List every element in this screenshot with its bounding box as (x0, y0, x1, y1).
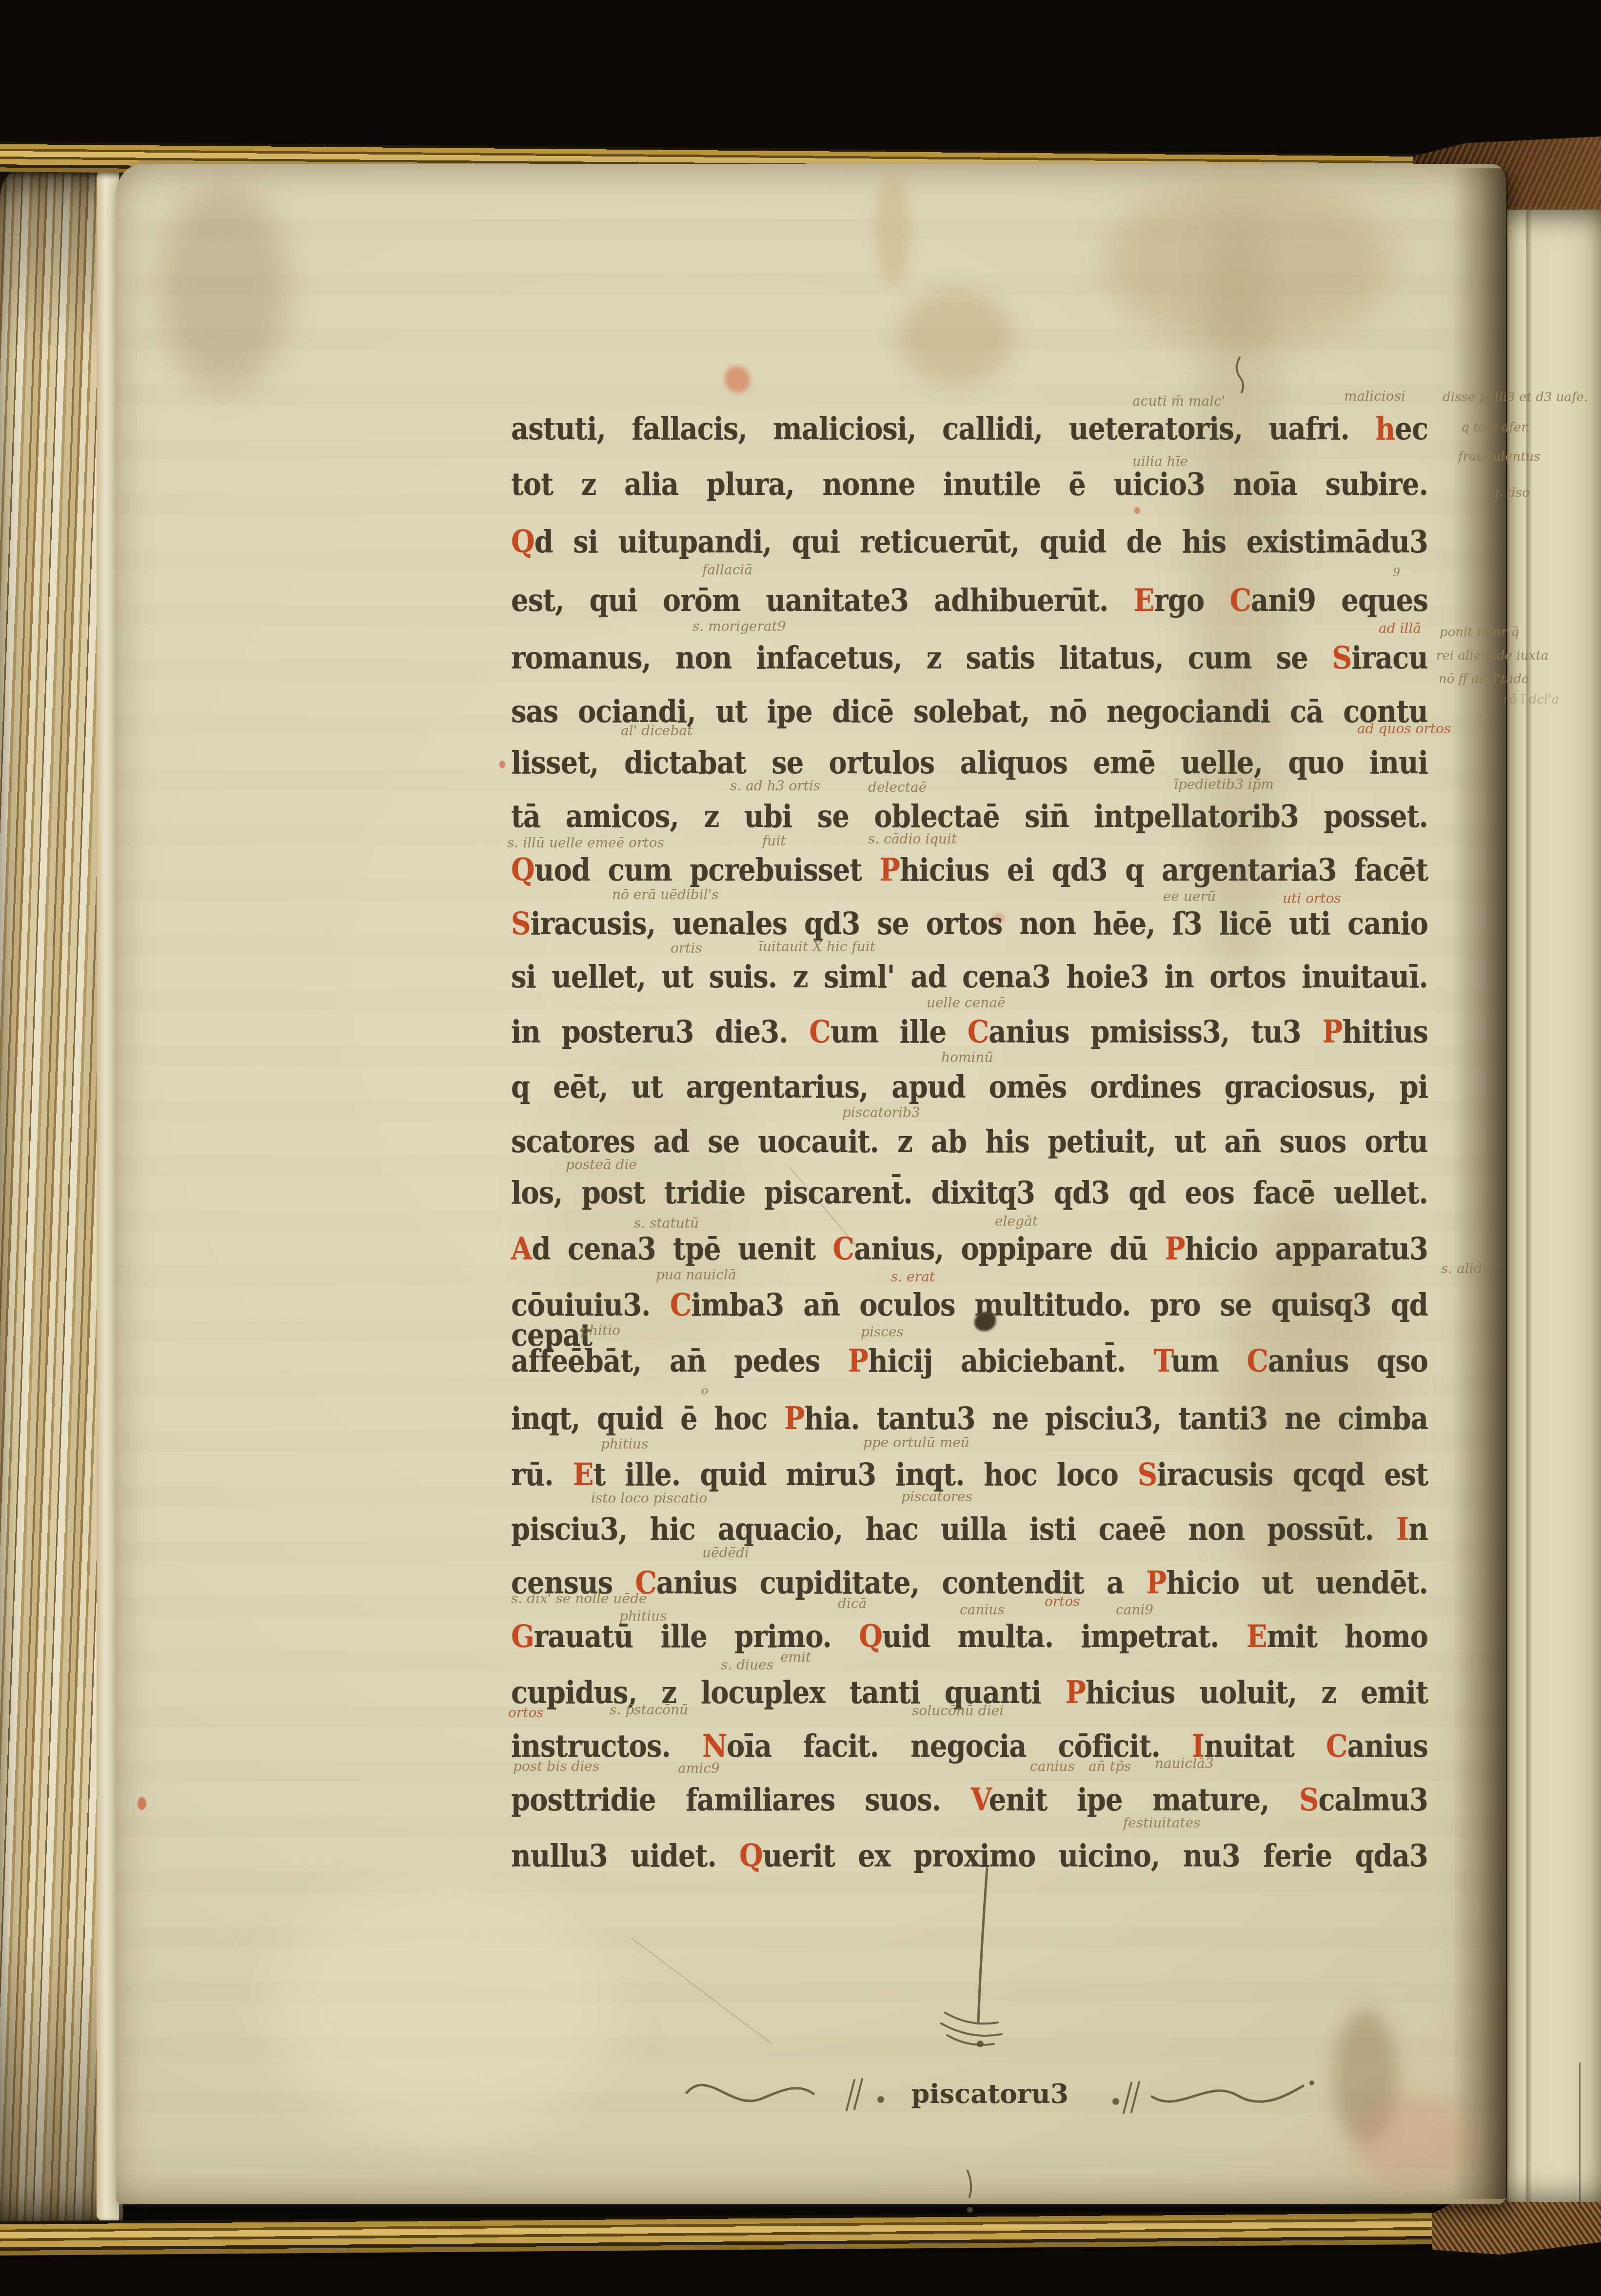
rubricated-letter: C (1326, 1728, 1347, 1764)
rubricated-letter: C (1229, 582, 1251, 618)
interlinear-gloss: post bis dies (513, 1758, 599, 1774)
text-run: hia. tantu3 ne pisciu3, tanti3 ne cimba (804, 1400, 1428, 1436)
rubricated-letter: P (1066, 1674, 1086, 1710)
interlinear-gloss: ortis (671, 940, 702, 956)
interlinear-gloss: ee uerū (1163, 888, 1216, 904)
text-run: nuitat (1204, 1728, 1326, 1764)
text-run: hicij abiciebant̄. (868, 1343, 1154, 1379)
interlinear-gloss: s. statutū (634, 1215, 699, 1231)
text-run: uod cum pcrebuisset (534, 852, 880, 888)
text-run: ani9 eques (1251, 582, 1428, 618)
interlinear-gloss: īpedietib3 ip̄m (1174, 776, 1274, 792)
rubricated-letter: h (1376, 411, 1395, 447)
interlinear-gloss: s. alid' (1441, 1260, 1486, 1276)
text-run: nullu3 uidet. (511, 1838, 739, 1874)
manuscript-line-14: scatores ad se uocauit. z ab his petiuit… (511, 1126, 1428, 1157)
text-run: calmu3 (1318, 1782, 1428, 1818)
interlinear-gloss: uilia hīe (1132, 453, 1188, 470)
rubricated-letter: T (1154, 1343, 1171, 1379)
manuscript-line-20: rū. Et ille. quid miru3 inqt. hoc loco S… (511, 1459, 1428, 1490)
text-run: iracu (1351, 640, 1428, 676)
text-run: anius pmisiss3, tu3 (988, 1014, 1322, 1050)
text-run: romanus, non infacetus, z satis litatus,… (511, 640, 1332, 676)
manuscript-line-5: romanus, non infacetus, z satis litatus,… (511, 643, 1428, 673)
rubricated-letter: C (809, 1014, 830, 1050)
interlinear-gloss: phitio (580, 1322, 620, 1338)
interlinear-gloss: al' dicebat (621, 723, 692, 739)
interlinear-gloss: canius (960, 1602, 1005, 1618)
manuscript-line-4: est, qui orōm uanitate3 adhibuerūt. Ergo… (511, 585, 1428, 616)
interlinear-gloss: maliciosi (1344, 388, 1405, 404)
text-run: uerit ex proximo uicino, nu3 ferie qda3 (763, 1838, 1428, 1874)
rubricated-letter: E (1246, 1618, 1267, 1654)
rubricated-letter: P (848, 1343, 868, 1379)
rubricated-letter: S (511, 905, 530, 942)
interlinear-gloss: nō ff accl'tada (1439, 672, 1529, 687)
text-run: rgo (1154, 582, 1229, 618)
manuscript-line-27: nullu3 uidet. Querit ex proximo uicino, … (511, 1841, 1428, 1871)
interlinear-gloss: nō erā uēdibil's (612, 886, 719, 903)
text-run: d si uitupandi, qui reticuerūt, quid de … (534, 524, 1428, 560)
interlinear-gloss: s. diues (721, 1657, 773, 1673)
text-run: anius qso (1268, 1343, 1428, 1379)
text-run: si uellet, ut suis. z siml' ad cena3 hoi… (511, 959, 1428, 995)
interlinear-gloss: emit (780, 1649, 811, 1665)
interlinear-gloss: s. dix' se nolle uēdē (511, 1590, 647, 1607)
interlinear-gloss: amic9 (678, 1760, 720, 1776)
text-run: in posteru3 die3. (511, 1014, 809, 1050)
interlinear-gloss: pisces (861, 1324, 904, 1340)
rubricated-letter: I (1396, 1511, 1408, 1547)
interlinear-gloss: ppe ortulū meū (863, 1434, 969, 1451)
text-run: q eēt, ut argentarius, apud omēs ordines… (511, 1069, 1428, 1105)
text-run: tot z alia plura, nonne inutile ē uicio3… (511, 466, 1428, 502)
manuscript-line-11: si uellet, ut suis. z siml' ad cena3 hoi… (511, 962, 1428, 992)
interlinear-gloss: an̄ tp̄s (1088, 1758, 1131, 1774)
manuscript-line-7: lisset, dictabat se ortulos aliquos emē … (511, 747, 1428, 778)
interlinear-gloss: solucōnū diei (912, 1703, 1004, 1719)
manuscript-line-19: inqt, quid ē hoc Phia. tantu3 ne pisciu3… (511, 1403, 1428, 1434)
rubricated-letter: C (833, 1231, 854, 1267)
manuscript-line-15: los, post tridie piscarent̄. dixitq3 qd3… (511, 1177, 1428, 1208)
interlinear-gloss: hominū (941, 1049, 993, 1065)
text-run: posttridie familiares suos. (511, 1782, 970, 1818)
text-run: est, qui orōm uanitate3 adhibuerūt. (511, 582, 1134, 618)
text-run: los, post tridie piscarent̄. dixitq3 qd3… (511, 1175, 1428, 1211)
text-run: um (1171, 1343, 1246, 1379)
rubricated-letter: Q (859, 1618, 882, 1654)
text-run: hicius uoluit, z emit (1086, 1674, 1428, 1710)
text-run: astuti, fallacis, maliciosi, callidi, ue… (511, 411, 1376, 447)
manuscript-line-16: Ad cena3 tpē uenit Canius, oppipare dū P… (511, 1234, 1428, 1264)
text-run: scatores ad se uocauit. z ab his petiuit… (511, 1123, 1428, 1159)
rubricated-letter: P (1165, 1231, 1185, 1267)
interlinear-gloss: ad illā (1379, 620, 1421, 636)
interlinear-gloss: s. morigerat9 (692, 618, 786, 634)
text-run: enit ipe mature, (989, 1782, 1299, 1818)
text-run: affeēbāt, an̄ pedes (511, 1343, 848, 1379)
text-run: anius (1347, 1728, 1428, 1764)
text-run: lisset, dictabat se ortulos aliquos emē … (511, 745, 1428, 781)
interlinear-gloss: uelle cenaē (927, 995, 1006, 1011)
text-run: hicio apparatu3 (1185, 1231, 1428, 1267)
interlinear-gloss: posteā die (566, 1157, 637, 1173)
interlinear-gloss: fuit (762, 833, 786, 849)
interlinear-gloss: cani9 (1116, 1602, 1153, 1618)
manuscript-line-9: Quod cum pcrebuisset Phicius ei qd3 q ar… (511, 855, 1428, 885)
manuscript-photograph: { "colors": { "background": "#0d0a07", "… (0, 0, 1601, 2296)
rubricated-letter: A (511, 1231, 532, 1267)
manuscript-line-8: tā amicos, z ubi se oblectaē sin̄ intpel… (511, 801, 1428, 832)
interlinear-gloss: phitius (601, 1436, 649, 1452)
interlinear-gloss: delectaē (868, 779, 927, 795)
interlinear-gloss: disse pelli3 et d3 uafe. (1443, 390, 1588, 405)
interlinear-gloss: nauiclā3 (1155, 1755, 1214, 1771)
rubricated-letter: C (670, 1287, 692, 1323)
interlinear-gloss: q. dso (1491, 486, 1530, 500)
interlinear-gloss: īuitauit X hic fuit (758, 939, 875, 955)
interlinear-gloss: isto loco piscatio (591, 1490, 707, 1506)
manuscript-line-3: Qd si uitupandi, qui reticuerūt, quid de… (511, 527, 1428, 557)
manuscript-line-22: census Canius cupiditate, contendit a Ph… (511, 1568, 1428, 1598)
interlinear-gloss: fraudulentus (1458, 450, 1541, 464)
text-run: iracusis, uenales qd3 se ortos non hēe, … (530, 905, 1428, 942)
manuscript-line-13: q eēt, ut argentarius, apud omēs ordines… (511, 1072, 1428, 1102)
rubricated-letter: C (968, 1014, 989, 1050)
manuscript-line-2: tot z alia plura, nonne inutile ē uicio3… (511, 469, 1428, 500)
text-run: tā amicos, z ubi se oblectaē sin̄ intpel… (511, 798, 1428, 834)
interlinear-gloss: acuti m̄ malc' (1132, 393, 1225, 409)
text-run: pisciu3, hic aquacio, hac uilla isti cae… (511, 1511, 1396, 1547)
interlinear-gloss: 9 (1393, 566, 1400, 579)
interlinear-gloss: uēdēdi (702, 1545, 749, 1561)
interlinear-gloss: dicā (838, 1595, 867, 1611)
interlinear-gloss: o (701, 1384, 708, 1397)
manuscript-line-1: astuti, fallacis, maliciosi, callidi, ue… (511, 413, 1428, 444)
interlinear-gloss: pua nauiclā (656, 1267, 736, 1283)
interlinear-gloss: s. cādio iquit (868, 831, 957, 847)
text-run: iracusis qcqd est (1157, 1456, 1428, 1492)
interlinear-gloss: elegāt (995, 1213, 1038, 1229)
text-run: rū. (511, 1456, 573, 1492)
text-run: ec (1395, 411, 1428, 447)
rubricated-letter: P (880, 852, 900, 888)
text-run: n (1408, 1511, 1428, 1547)
rubricated-letter: P (1146, 1565, 1166, 1601)
interlinear-gloss: canius (1030, 1758, 1075, 1774)
manuscript-line-23: Grauatū ille primo. Quid multa. impetrat… (511, 1621, 1428, 1652)
manuscript-line-25: instructos. Noīa facit. negocia cōficit.… (511, 1731, 1428, 1762)
manuscript-line-18: affeēbāt, an̄ pedes Phicij abiciebant̄. … (511, 1346, 1428, 1376)
text-run: anius, oppipare dū (854, 1231, 1165, 1267)
rubricated-letter: N (702, 1728, 727, 1764)
text-block: astuti, fallacis, maliciosi, callidi, ue… (0, 0, 1601, 2296)
interlinear-gloss: festiuitates (1123, 1815, 1201, 1831)
text-run: mit homo (1267, 1618, 1428, 1654)
rubricated-letter: V (970, 1782, 988, 1818)
text-run: t ille. quid miru3 inqt. hoc loco (593, 1456, 1137, 1492)
interlinear-gloss: rei alienāde iuxta (1436, 648, 1548, 663)
rubricated-letter: Q (511, 524, 534, 560)
manuscript-line-21: pisciu3, hic aquacio, hac uilla isti cae… (511, 1514, 1428, 1545)
interlinear-gloss: ponit m̄ nr q̄ (1440, 625, 1519, 640)
manuscript-line-10: Siracusis, uenales qd3 se ortos non hēe,… (511, 908, 1428, 939)
interlinear-gloss: s. illū uelle emeē ortos (507, 835, 664, 851)
interlinear-gloss: ad quos ortos (1357, 721, 1451, 737)
text-run: um ille (830, 1014, 968, 1050)
interlinear-gloss: s. p̄stacōnū (610, 1702, 688, 1718)
interlinear-gloss: piscatores (901, 1489, 972, 1505)
interlinear-gloss: fallaciā (702, 562, 752, 578)
rubricated-letter: Q (511, 852, 534, 888)
rubricated-letter: S (1299, 1782, 1318, 1818)
text-run: uid multa. impetrat. (882, 1618, 1246, 1654)
interlinear-gloss: ortos (508, 1705, 544, 1721)
rubricated-letter: P (784, 1400, 804, 1436)
manuscript-line-17: cōuiuiu3. Cimba3 an̄ oculos multitudo. p… (511, 1290, 1428, 1351)
catchword: piscatoru3 (829, 2078, 1151, 2109)
rubricated-letter: S (1138, 1456, 1157, 1492)
text-run: inqt, quid ē hoc (511, 1400, 784, 1436)
interlinear-gloss: piscatorib3 (842, 1104, 920, 1120)
interlinear-gloss: rō ī dcl'a (1503, 692, 1559, 707)
rubricated-letter: P (1323, 1014, 1343, 1050)
text-run: hitius (1343, 1014, 1428, 1050)
text-run: hicius ei qd3 q argentaria3 facēt (900, 852, 1428, 888)
interlinear-gloss: ortos (1045, 1593, 1080, 1609)
interlinear-gloss: q tale afer. (1461, 420, 1530, 435)
manuscript-line-12: in posteru3 die3. Cum ille Canius pmisis… (511, 1017, 1428, 1047)
rubricated-letter: C (1246, 1343, 1268, 1379)
text-run: d cena3 tpē uenit (532, 1231, 832, 1267)
rubricated-letter: S (1332, 640, 1351, 676)
interlinear-gloss: s. erat (891, 1269, 935, 1285)
rubricated-letter: G (511, 1618, 534, 1654)
rubricated-letter: E (573, 1456, 593, 1492)
rubricated-letter: E (1134, 582, 1154, 618)
interlinear-gloss: phitius (619, 1608, 667, 1624)
text-run: hicio ut uendēt. (1166, 1565, 1428, 1601)
interlinear-gloss: uti ortos (1283, 890, 1341, 906)
rubricated-letter: Q (739, 1838, 763, 1874)
manuscript-line-26: posttridie familiares suos. Venit ipe ma… (511, 1785, 1428, 1815)
interlinear-gloss: s. ad h3 ortis (730, 778, 820, 794)
